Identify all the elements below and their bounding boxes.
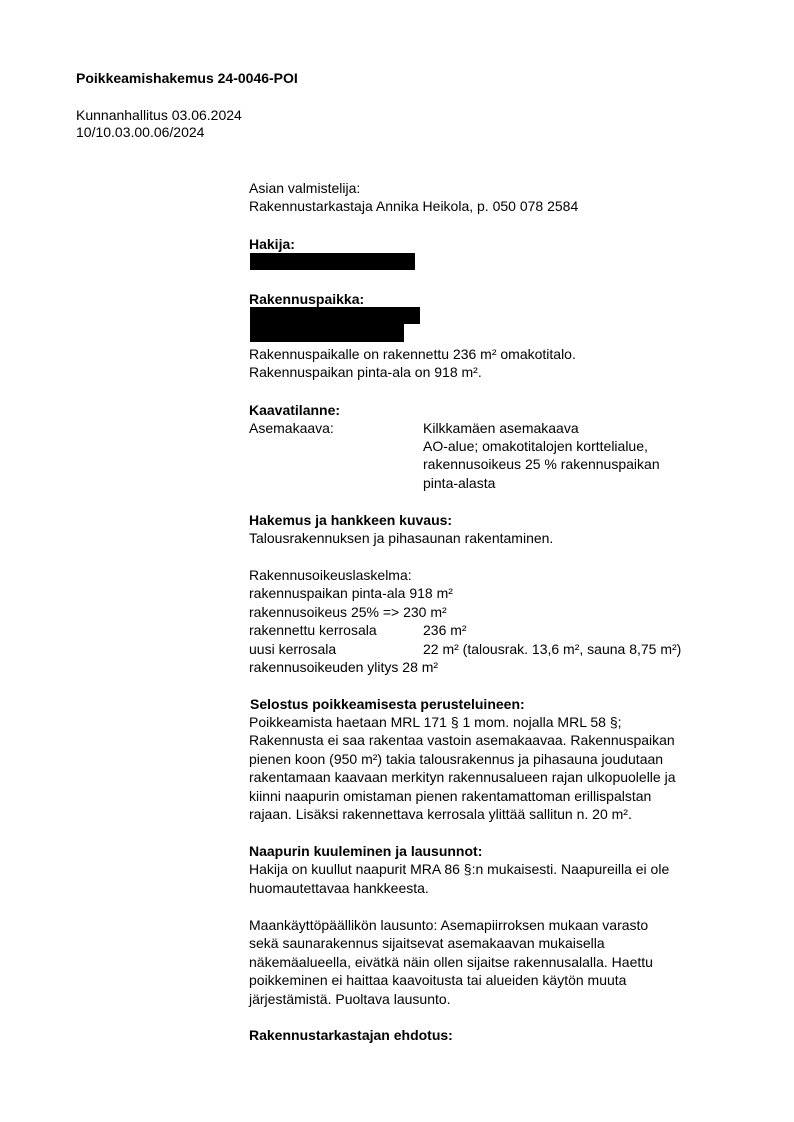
redacted-applicant	[250, 253, 415, 270]
justification-line: rajaan. Lisäksi rakennettava kerrosala y…	[249, 805, 632, 823]
applicant-heading: Hakija:	[249, 235, 295, 253]
justification-line: Rakennusta ei saa rakentaa vastoin asema…	[249, 731, 675, 749]
meeting-line: Kunnanhallitus 03.06.2024	[76, 106, 242, 124]
application-description: Talousrakennuksen ja pihasaunan rakentam…	[249, 529, 553, 547]
calc-row: rakennuspaikan pinta-ala 918 m²	[249, 584, 453, 602]
justification-line: Poikkeamista haetaan MRL 171 § 1 mom. no…	[249, 713, 622, 731]
calc-row: rakennusoikeus 25% => 230 m²	[249, 603, 447, 621]
plan-line: Kilkkamäen asemakaava	[423, 419, 579, 437]
preparer-label: Asian valmistelija:	[249, 179, 360, 197]
calc-row-label: uusi kerrosala	[249, 640, 336, 658]
site-line: Rakennuspaikan pinta-ala on 918 m².	[249, 363, 482, 381]
statement-line: järjestämistä. Puoltava lausunto.	[249, 990, 451, 1008]
justification-line: pienen koon (950 m²) takia talousrakennu…	[249, 750, 663, 768]
site-line: Rakennuspaikalle on rakennettu 236 m² om…	[249, 345, 576, 363]
calc-row: rakennusoikeuden ylitys 28 m²	[249, 658, 438, 676]
plan-line: pinta-alasta	[423, 474, 495, 492]
calc-title: Rakennusoikeuslaskelma:	[249, 566, 412, 584]
justification-line: kiinni naapurin omistaman pienen rakenta…	[249, 787, 651, 805]
calc-row-value: 236 m²	[423, 621, 467, 639]
redacted-site-line-2	[250, 324, 404, 342]
plan-heading: Kaavatilanne:	[249, 401, 340, 419]
statement-line: näkemäalueella, eivätkä näin ollen sijai…	[249, 953, 653, 971]
statement-line: Maankäyttöpäällikön lausunto: Asemapiirr…	[249, 916, 648, 934]
neighbours-line: Hakija on kuullut naapurit MRA 86 §:n mu…	[249, 860, 669, 878]
preparer-value: Rakennustarkastaja Annika Heikola, p. 05…	[249, 197, 578, 215]
plan-line: rakennusoikeus 25 % rakennuspaikan	[423, 455, 660, 473]
justification-heading: Selostus poikkeamisesta perusteluineen:	[250, 695, 525, 713]
document-title: Poikkeamishakemus 24-0046-POI	[76, 69, 298, 87]
statement-line: sekä saunarakennus sijaitsevat asemakaav…	[249, 934, 605, 952]
redacted-site-line-1	[250, 307, 420, 324]
plan-line: AO-alue; omakotitalojen korttelialue,	[423, 437, 648, 455]
proposal-heading: Rakennustarkastajan ehdotus:	[249, 1026, 453, 1044]
justification-line: rakentamaan kaavaan merkityn rakennusalu…	[249, 768, 676, 786]
plan-label: Asemakaava:	[249, 419, 334, 437]
neighbours-heading: Naapurin kuuleminen ja lausunnot:	[249, 842, 482, 860]
site-heading: Rakennuspaikka:	[249, 290, 364, 308]
statement-line: poikkeminen ei haittaa kaavoitusta tai a…	[249, 971, 626, 989]
application-heading: Hakemus ja hankkeen kuvaus:	[249, 511, 452, 529]
calc-row-value: 22 m² (talousrak. 13,6 m², sauna 8,75 m²…	[423, 640, 681, 658]
calc-row-label: rakennettu kerrosala	[249, 621, 377, 639]
reference-number: 10/10.03.00.06/2024	[76, 123, 204, 141]
neighbours-line: huomautettavaa hankkeesta.	[249, 879, 429, 897]
